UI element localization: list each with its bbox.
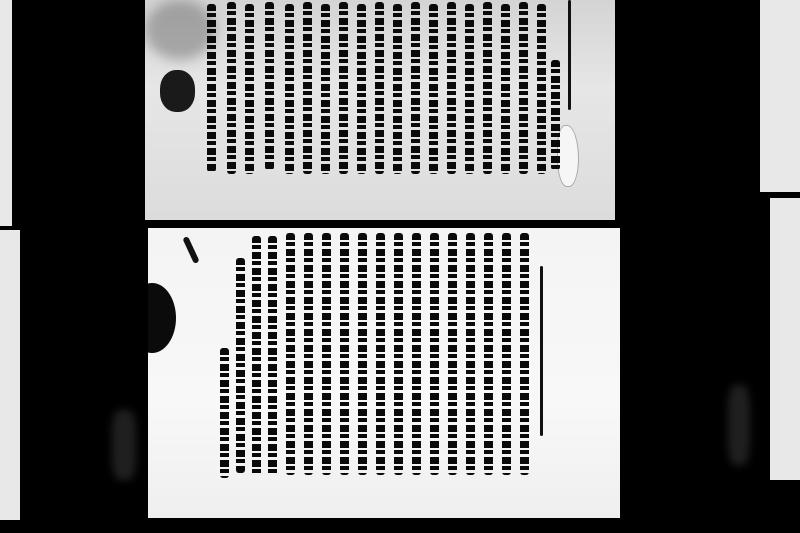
page-divider [140, 220, 620, 227]
left-neighbor-page-bottom [0, 230, 20, 520]
shadow-blur-right [728, 385, 750, 465]
text-line [412, 233, 421, 475]
text-line [339, 2, 348, 174]
ruling-line [568, 0, 571, 110]
text-line [411, 2, 420, 174]
text-line [304, 233, 313, 475]
text-line [375, 2, 384, 174]
text-line [340, 233, 349, 475]
text-line [321, 4, 330, 174]
text-line [519, 2, 528, 174]
text-line [285, 4, 294, 174]
text-line [483, 2, 492, 174]
text-line [265, 2, 274, 170]
colophon-line [220, 348, 229, 478]
text-line [465, 4, 474, 174]
colophon-line [252, 236, 261, 476]
finger-shadow [148, 283, 176, 353]
text-line [551, 60, 560, 170]
colophon-line [268, 236, 277, 476]
text-line [520, 233, 529, 475]
text-line [358, 233, 367, 475]
text-line [484, 233, 493, 475]
text-line [394, 233, 403, 475]
text-line [376, 233, 385, 475]
shadow-blur-left [112, 410, 136, 480]
text-line [245, 4, 254, 174]
text-line [393, 4, 402, 174]
bottom-manuscript-page [148, 228, 620, 518]
text-line [502, 233, 511, 475]
text-line [537, 4, 546, 174]
signature-mark [182, 236, 199, 264]
text-line [207, 4, 216, 172]
smudge [145, 0, 215, 60]
text-line [227, 2, 236, 174]
text-line [447, 2, 456, 174]
left-neighbor-page-top [0, 0, 12, 226]
text-line [448, 233, 457, 475]
text-line [357, 4, 366, 174]
colophon-line [236, 258, 245, 473]
text-line [286, 233, 295, 475]
text-line [322, 233, 331, 475]
text-line [466, 233, 475, 475]
right-neighbor-page-bottom [770, 198, 800, 480]
paper-tear [557, 125, 579, 187]
right-neighbor-page-top [760, 0, 800, 192]
text-line [429, 4, 438, 174]
ink-stain [160, 70, 195, 112]
text-line [430, 233, 439, 475]
text-line [303, 2, 312, 174]
ruling-line [540, 266, 543, 436]
top-manuscript-page [145, 0, 615, 220]
text-line [501, 4, 510, 174]
